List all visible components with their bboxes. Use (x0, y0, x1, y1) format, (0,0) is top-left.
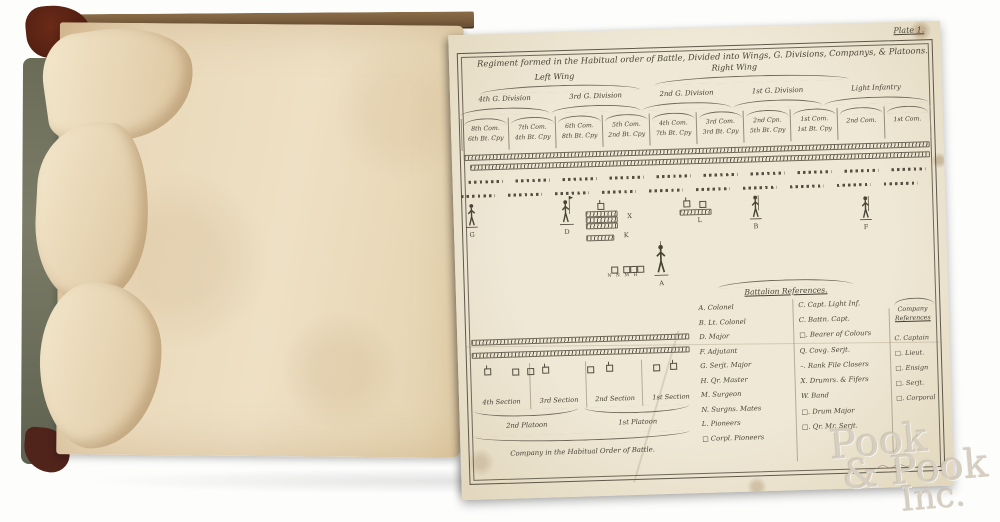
company-cell: 1st Com. 1st Bt. Cpy (790, 108, 839, 141)
company-references-title: References (889, 314, 937, 322)
company-cell: 6th Com. 8th Bt. Cpy (555, 115, 604, 148)
company-cell: 1st Com. (884, 105, 932, 138)
serjeant-square (670, 363, 677, 370)
reference-item: F. Adjutant (700, 347, 738, 356)
pioneer-square (683, 200, 690, 207)
company-cell: 8th Com. 6th Bt. Cpy (461, 118, 510, 151)
reference-item: C. Captain (894, 333, 929, 342)
reference-item: □. Serjt. (896, 378, 925, 387)
reference-item: B. Lt. Colonel (699, 318, 746, 327)
officer-figure-icon (749, 194, 762, 220)
drum-major-square (597, 203, 604, 210)
reference-item: M. Surgeon (701, 390, 742, 399)
reference-item: □. Lieut. (895, 348, 925, 357)
band-bar (586, 235, 614, 242)
staff-square (623, 266, 630, 273)
company-references-title: Company (888, 305, 936, 313)
reference-item: H. Qr. Master (700, 376, 747, 385)
corporal-square (587, 366, 594, 373)
figure-label: D (557, 228, 577, 237)
box-label: K (616, 231, 636, 240)
serjeant-square (606, 365, 613, 372)
serjeant-square (542, 367, 549, 374)
reference-item: Q. Covg. Serjt. (800, 346, 851, 355)
staff-square (630, 266, 637, 273)
section-label: 4th Section (473, 397, 530, 407)
company-cell: 5th Com. 2nd Bt. Cpy (602, 113, 651, 146)
officer-with-colour-icon (559, 196, 574, 226)
reference-item: D. Major (699, 332, 729, 341)
officer-figure-icon (859, 195, 872, 221)
drummers-bar (586, 222, 618, 229)
reference-item: C. Battn. Capt. (799, 315, 850, 325)
engraver-signature (877, 462, 909, 471)
pioneers-bar (679, 209, 711, 216)
section-label: 3rd Section (531, 395, 587, 405)
company-cell: 2nd Cpn. 5th Bt. Cpy (743, 109, 792, 142)
plate-page: Plate 1. Regiment formed in the Habitual… (448, 21, 954, 500)
staff-square (611, 266, 618, 273)
company-cell: 2nd Com. (837, 106, 886, 139)
colonel-figure-icon (652, 241, 669, 277)
officer-figure-icon (465, 203, 478, 229)
reference-item: L. Pioneers (702, 419, 741, 428)
company-cell: 7th Com. 4th Bt. Cpy (508, 116, 557, 149)
reference-item: □. Drum Major (801, 407, 854, 417)
section-label: 1st Section (643, 392, 699, 402)
figure-label: A (652, 279, 672, 288)
figure-label: B (746, 222, 766, 231)
staff-letters: N N M H (607, 273, 639, 279)
staff-square (637, 266, 644, 273)
reference-item: □. Corporal (896, 393, 936, 402)
pioneer-square (699, 201, 706, 208)
plate-number-label: Plate 1. (893, 25, 924, 35)
reference-item: □. Qr. Mr. Serjt. (802, 421, 858, 431)
box-label: X (620, 212, 640, 221)
reference-item: G. Serjt. Major (700, 361, 751, 371)
company-cell: 3rd Com. 3rd Bt. Cpy (696, 111, 745, 144)
corporal-square (512, 368, 519, 375)
reference-item: A. Colonel (698, 303, 734, 312)
figure-label: F (856, 223, 876, 232)
reference-item: W. Band (801, 391, 829, 400)
box-label: L (690, 216, 710, 225)
figure-label: G (462, 230, 482, 239)
corporal-square (527, 368, 534, 375)
book-photograph: Plate 1. Regiment formed in the Habitual… (0, 0, 1000, 522)
reference-item: □. Ensign (895, 363, 928, 372)
company-cell: 4th Com. 7th Bt. Cpy (649, 112, 698, 145)
serjeant-square (484, 368, 491, 375)
section-label: 2nd Section (587, 394, 643, 404)
corporal-square (653, 364, 660, 371)
